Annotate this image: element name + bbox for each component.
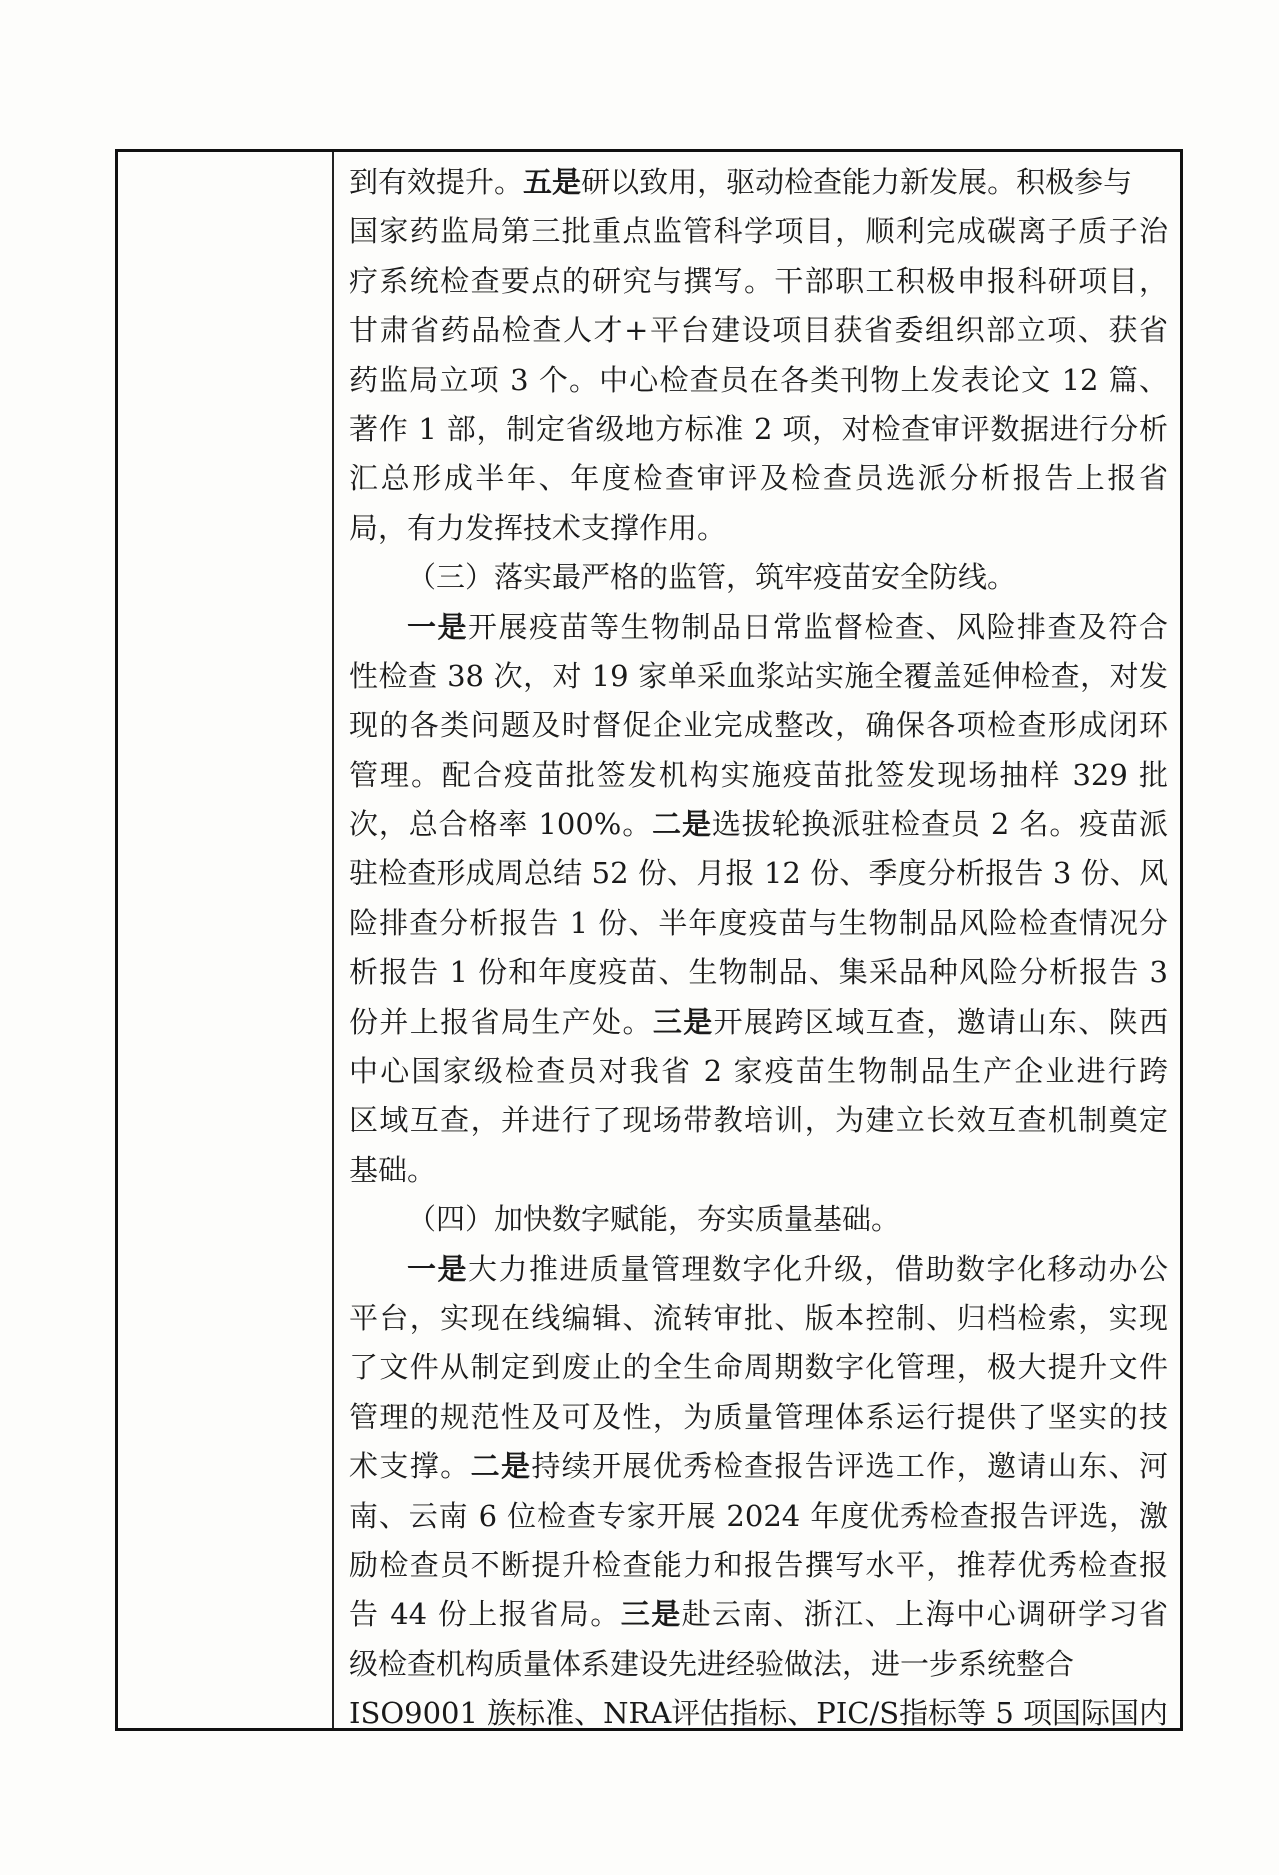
text-segment: 告 44 份上报省局。 <box>349 1597 621 1631</box>
text-segment: 基础。 <box>349 1153 436 1187</box>
text-line: 局，有力发挥技术支撑作用。 <box>349 504 1168 553</box>
text-line: 区域互查，并进行了现场带教培训，为建立长效互查机制奠定 <box>349 1096 1168 1145</box>
text-line: 中心国家级检查员对我省 2 家疫苗生物制品生产企业进行跨 <box>349 1047 1168 1096</box>
text-segment: 著作 1 部，制定省级地方标准 2 项，对检查审评数据进行分析 <box>349 412 1168 446</box>
report-table: 到有效提升。五是研以致用，驱动检查能力新发展。积极参与国家药监局第三批重点监管科… <box>115 149 1183 1731</box>
text-segment: 开展跨区域互查，邀请山东、陕西 <box>714 1005 1168 1039</box>
text-segment: 术支撑。 <box>349 1449 471 1483</box>
text-line: 甘肃省药品检查人才+平台建设项目获省委组织部立项、获省 <box>349 306 1168 355</box>
text-line: 励检查员不断提升检查能力和报告撰写水平，推荐优秀检查报 <box>349 1541 1168 1590</box>
text-segment: 开展疫苗等生物制品日常监督检查、风险排查及符合 <box>468 610 1168 644</box>
text-segment: 励检查员不断提升检查能力和报告撰写水平，推荐优秀检查报 <box>349 1548 1168 1582</box>
bold-lead-phrase: 三是 <box>621 1597 682 1631</box>
text-line: 一是开展疫苗等生物制品日常监督检查、风险排查及符合 <box>349 603 1168 652</box>
text-line: 驻检查形成周总结 52 份、月报 12 份、季度分析报告 3 份、风 <box>349 849 1168 898</box>
text-line: 现的各类问题及时督促企业完成整改，确保各项检查形成闭环 <box>349 701 1168 750</box>
text-segment: 级检查机构质量体系建设先进经验做法，进一步系统整合 <box>349 1647 1074 1681</box>
text-line: 平台，实现在线编辑、流转审批、版本控制、归档检索，实现 <box>349 1294 1168 1343</box>
label-column-cell <box>118 152 334 1728</box>
text-line: 份并上报省局生产处。三是开展跨区域互查，邀请山东、陕西 <box>349 998 1168 1047</box>
text-segment: 国家药监局第三批重点监管科学项目，顺利完成碳离子质子治 <box>349 214 1168 248</box>
text-segment: （四）加快数字赋能，夯实质量基础。 <box>407 1202 900 1236</box>
text-segment: （三）落实最严格的监管，筑牢疫苗安全防线。 <box>407 560 1016 594</box>
bold-lead-phrase: 二是 <box>652 807 712 841</box>
text-line: 国家药监局第三批重点监管科学项目，顺利完成碳离子质子治 <box>349 207 1168 256</box>
text-segment: 大力推进质量管理数字化升级，借助数字化移动办公 <box>468 1252 1168 1286</box>
text-line: 性检查 38 次，对 19 家单采血浆站实施全覆盖延伸检查，对发 <box>349 652 1168 701</box>
text-segment: 现的各类问题及时督促企业完成整改，确保各项检查形成闭环 <box>349 708 1168 742</box>
text-line: 汇总形成半年、年度检查审评及检查员选派分析报告上报省 <box>349 454 1168 503</box>
text-segment: 性检查 38 次，对 19 家单采血浆站实施全覆盖延伸检查，对发 <box>349 659 1168 693</box>
text-segment: 份并上报省局生产处。 <box>349 1005 653 1039</box>
bold-lead-phrase: 一是 <box>407 610 468 644</box>
section-heading: （四）加快数字赋能，夯实质量基础。 <box>349 1195 1168 1244</box>
text-line: 级检查机构质量体系建设先进经验做法，进一步系统整合 <box>349 1640 1168 1689</box>
text-segment: 平台，实现在线编辑、流转审批、版本控制、归档检索，实现 <box>349 1301 1168 1335</box>
text-segment: 研以致用，驱动检查能力新发展。积极参与 <box>581 165 1132 199</box>
text-line: 次，总合格率 100%。二是选拔轮换派驻检查员 2 名。疫苗派 <box>349 800 1168 849</box>
text-line: 管理的规范性及可及性，为质量管理体系运行提供了坚实的技 <box>349 1393 1168 1442</box>
text-line: 著作 1 部，制定省级地方标准 2 项，对检查审评数据进行分析 <box>349 405 1168 454</box>
text-segment: 选拔轮换派驻检查员 2 名。疫苗派 <box>712 807 1168 841</box>
text-line: 了文件从制定到废止的全生命周期数字化管理，极大提升文件 <box>349 1343 1168 1392</box>
bold-lead-phrase: 二是 <box>471 1449 532 1483</box>
text-segment: 汇总形成半年、年度检查审评及检查员选派分析报告上报省 <box>349 461 1168 495</box>
text-segment: 疗系统检查要点的研究与撰写。干部职工积极申报科研项目， <box>349 264 1168 298</box>
text-line: 基础。 <box>349 1146 1168 1195</box>
text-segment: 了文件从制定到废止的全生命周期数字化管理，极大提升文件 <box>349 1350 1168 1384</box>
text-segment: 区域互查，并进行了现场带教培训，为建立长效互查机制奠定 <box>349 1103 1168 1137</box>
text-line: 险排查分析报告 1 份、半年度疫苗与生物制品风险检查情况分 <box>349 899 1168 948</box>
text-line: 南、云南 6 位检查专家开展 2024 年度优秀检查报告评选，激 <box>349 1492 1168 1541</box>
text-segment: 南、云南 6 位检查专家开展 2024 年度优秀检查报告评选，激 <box>349 1499 1168 1533</box>
text-line: 术支撑。二是持续开展优秀检查报告评选工作，邀请山东、河 <box>349 1442 1168 1491</box>
text-segment: 持续开展优秀检查报告评选工作，邀请山东、河 <box>531 1449 1168 1483</box>
text-segment: 赴云南、浙江、上海中心调研学习省 <box>682 1597 1168 1631</box>
content-cell: 到有效提升。五是研以致用，驱动检查能力新发展。积极参与国家药监局第三批重点监管科… <box>334 152 1180 1728</box>
text-segment: 中心国家级检查员对我省 2 家疫苗生物制品生产企业进行跨 <box>349 1054 1168 1088</box>
text-segment: 险排查分析报告 1 份、半年度疫苗与生物制品风险检查情况分 <box>349 906 1168 940</box>
text-segment: 管理的规范性及可及性，为质量管理体系运行提供了坚实的技 <box>349 1400 1168 1434</box>
bold-lead-phrase: 一是 <box>407 1252 468 1286</box>
text-segment: 管理。配合疫苗批签发机构实施疫苗批签发现场抽样 329 批 <box>349 758 1168 792</box>
text-segment: 到有效提升。 <box>349 165 523 199</box>
text-segment: 局，有力发挥技术支撑作用。 <box>349 511 726 545</box>
bold-lead-phrase: 五是 <box>523 165 581 199</box>
text-line: 到有效提升。五是研以致用，驱动检查能力新发展。积极参与 <box>349 158 1168 207</box>
text-segment: 析报告 1 份和年度疫苗、生物制品、集采品种风险分析报告 3 <box>349 955 1168 989</box>
text-segment: 次，总合格率 100%。 <box>349 807 652 841</box>
section-heading: （三）落实最严格的监管，筑牢疫苗安全防线。 <box>349 553 1168 602</box>
text-line: 疗系统检查要点的研究与撰写。干部职工积极申报科研项目， <box>349 257 1168 306</box>
text-segment: ISO9001 族标准、NRA评估指标、PIC/S指标等 5 项国际国内 <box>349 1696 1168 1730</box>
bold-lead-phrase: 三是 <box>653 1005 714 1039</box>
text-line: 析报告 1 份和年度疫苗、生物制品、集采品种风险分析报告 3 <box>349 948 1168 997</box>
text-line: 管理。配合疫苗批签发机构实施疫苗批签发现场抽样 329 批 <box>349 751 1168 800</box>
text-segment: 药监局立项 3 个。中心检查员在各类刊物上发表论文 12 篇、 <box>349 363 1168 397</box>
text-line: 一是大力推进质量管理数字化升级，借助数字化移动办公 <box>349 1245 1168 1294</box>
text-line: 药监局立项 3 个。中心检查员在各类刊物上发表论文 12 篇、 <box>349 356 1168 405</box>
text-segment: 驻检查形成周总结 52 份、月报 12 份、季度分析报告 3 份、风 <box>349 856 1168 890</box>
text-line: 告 44 份上报省局。三是赴云南、浙江、上海中心调研学习省 <box>349 1590 1168 1639</box>
text-segment: 甘肃省药品检查人才+平台建设项目获省委组织部立项、获省 <box>349 313 1168 347</box>
text-line: ISO9001 族标准、NRA评估指标、PIC/S指标等 5 项国际国内 <box>349 1689 1168 1738</box>
